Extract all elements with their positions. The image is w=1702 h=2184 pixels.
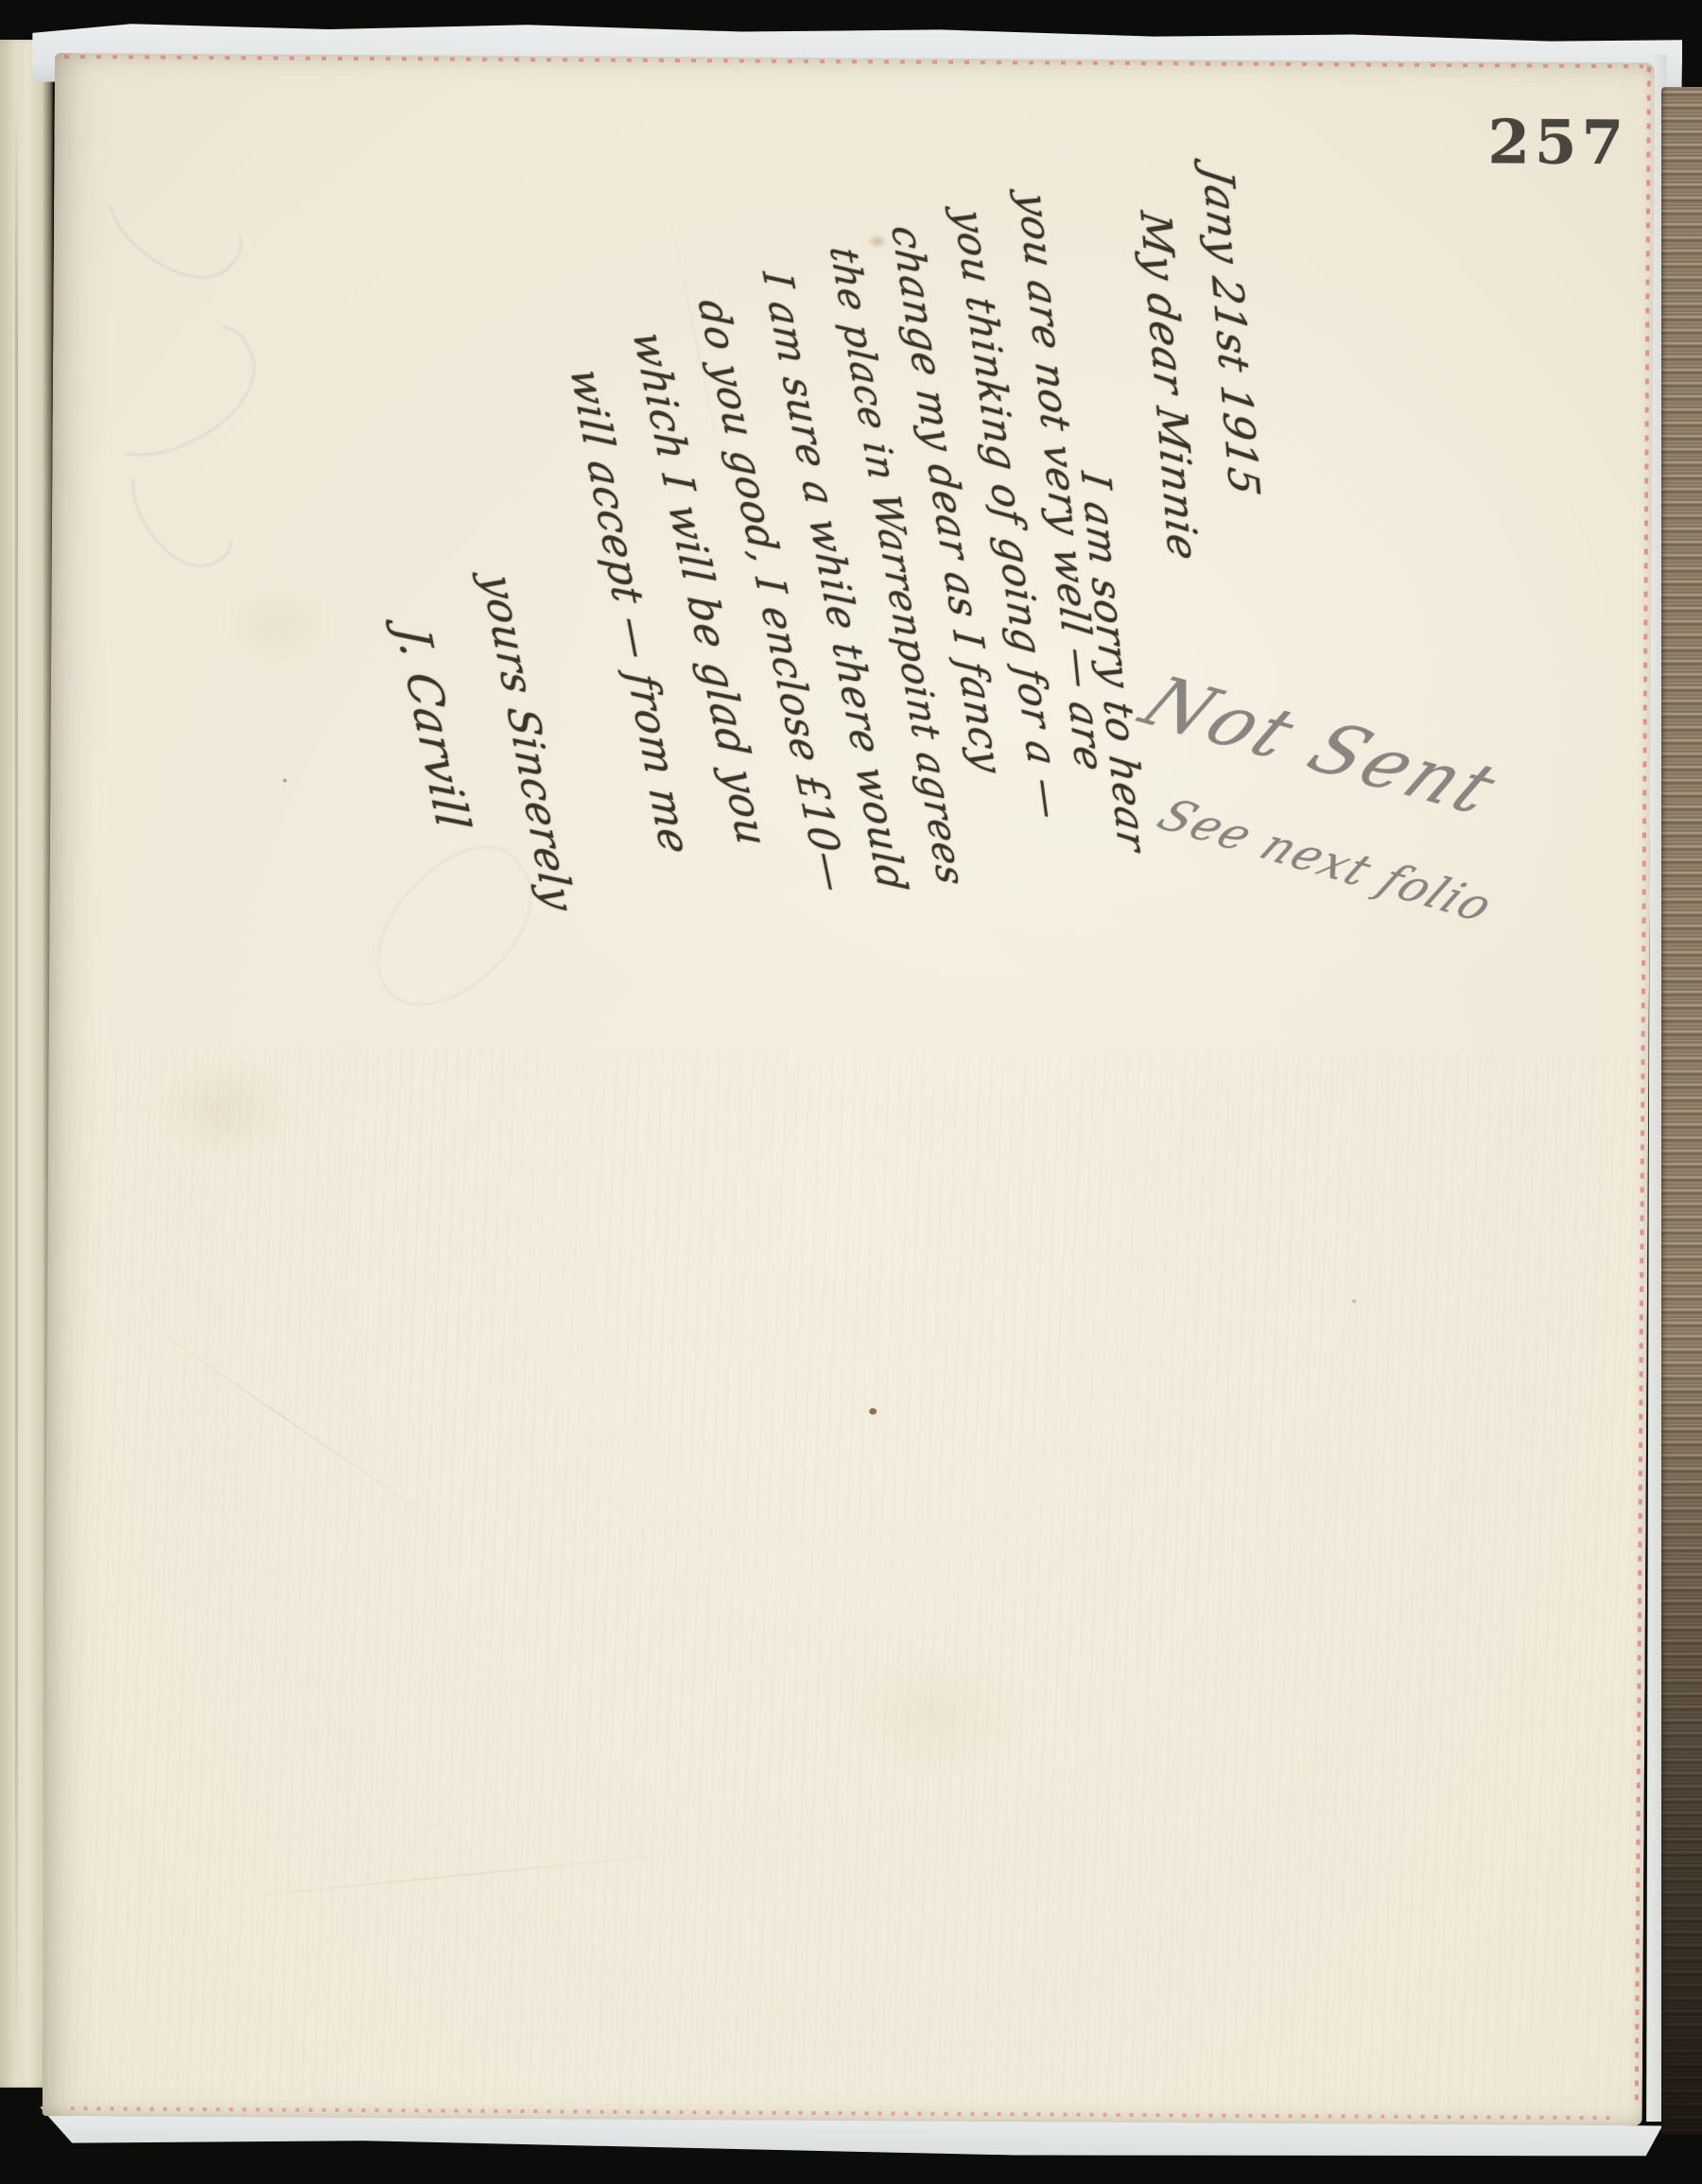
show-through-mark	[90, 140, 258, 302]
show-through-mark	[115, 435, 247, 584]
paper-stain	[221, 583, 336, 669]
dust-speck	[869, 1408, 877, 1414]
dust-speck	[283, 778, 287, 782]
scanned-letterbook-spread: { "page": { "folio_number": "257", "pape…	[0, 0, 1702, 2184]
letterbook-page: 257 Jany 21st 1915 My dear Minnie I am s…	[43, 53, 1655, 2125]
letter-line-date: Jany 21st 1915	[1192, 165, 1268, 499]
paper-stain	[154, 1056, 297, 1161]
show-through-mark	[72, 306, 275, 477]
paper-stain	[839, 1646, 1029, 1779]
paper-crease	[186, 1849, 713, 1903]
book-fore-edge	[1661, 87, 1702, 2135]
folio-number-stamp: 257	[1487, 107, 1628, 179]
dust-speck	[1352, 1299, 1356, 1303]
paper-crease	[103, 1293, 463, 1540]
facing-page-crease	[15, 96, 18, 2082]
letter-line-signature: J. Carvill	[385, 627, 480, 829]
letter-line-salutation: My dear Minnie	[1130, 209, 1207, 564]
paper-wrinkle-texture	[43, 1046, 1649, 2125]
letter-line-closing: yours Sincerely	[471, 574, 583, 911]
